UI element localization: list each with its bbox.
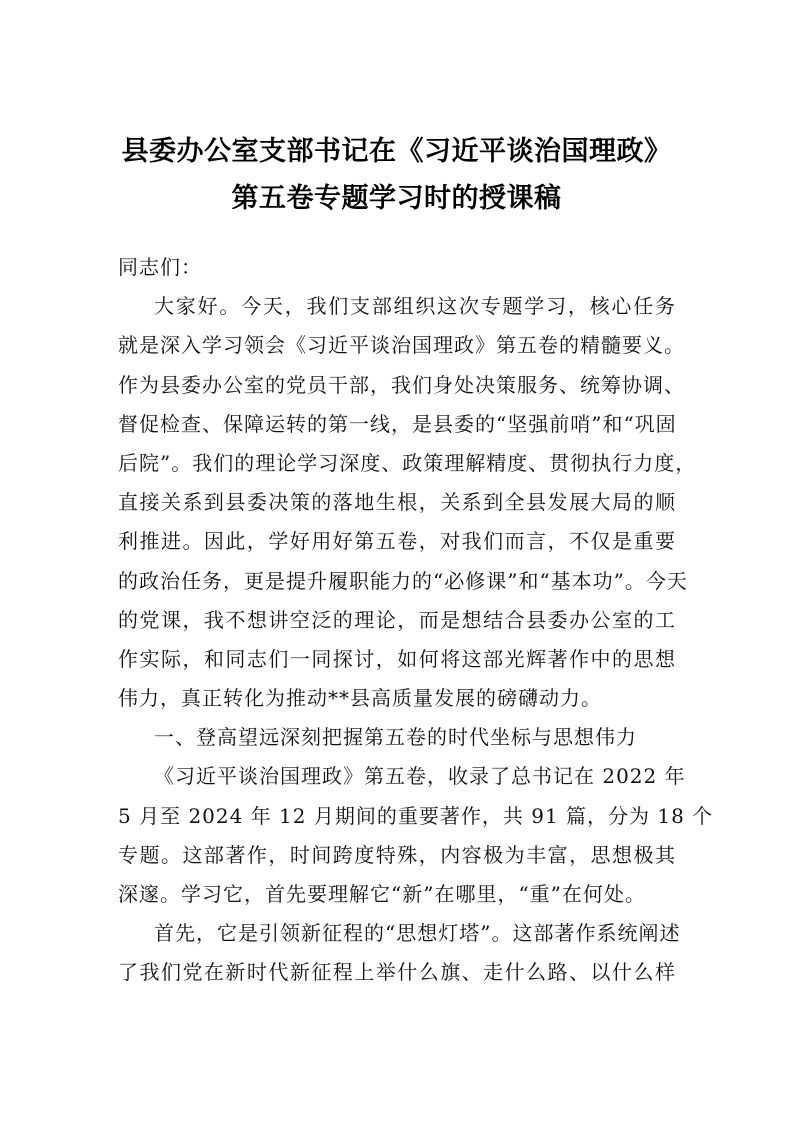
document-title-line-2: 第五卷专题学习时的授课稿 [100, 176, 693, 215]
document-page: 县委办公室支部书记在《习近平谈治国理政》 第五卷专题学习时的授课稿 同志们： 大… [0, 0, 793, 1122]
paragraph-line: 大家好。今天，我们支部组织这次专题学习，核心任务 [118, 287, 676, 326]
salutation: 同志们： [118, 248, 676, 287]
document-body: 同志们： 大家好。今天，我们支部组织这次专题学习，核心任务 就是深入学习领会《习… [118, 248, 676, 993]
paragraph-line: 5 月至 2024 年 12 月期间的重要著作，共 91 篇，分为 18 个 [118, 797, 676, 836]
paragraph-line: 作实际，和同志们一同探讨，如何将这部光辉著作中的思想 [118, 640, 676, 679]
paragraph-line: 的政治任务，更是提升履职能力的“必修课”和“基本功”。今天 [118, 562, 676, 601]
paragraph-line: 作为县委办公室的党员干部，我们身处决策服务、统筹协调、 [118, 366, 676, 405]
paragraph-line: 后院”。我们的理论学习深度、政策理解精度、贯彻执行力度， [118, 444, 676, 483]
paragraph-line: 利推进。因此，学好用好第五卷，对我们而言，不仅是重要 [118, 522, 676, 561]
paragraph-line: 深邃。学习它，首先要理解它“新”在哪里，“重”在何处。 [118, 875, 676, 914]
paragraph-line: 首先，它是引领新征程的“思想灯塔”。这部著作系统阐述 [118, 914, 676, 953]
paragraph-line: 的党课，我不想讲空泛的理论，而是想结合县委办公室的工 [118, 601, 676, 640]
paragraph-line: 就是深入学习领会《习近平谈治国理政》第五卷的精髓要义。 [118, 326, 676, 365]
paragraph-line: 了我们党在新时代新征程上举什么旗、走什么路、以什么样 [118, 953, 676, 992]
document-title-line-1: 县委办公室支部书记在《习近平谈治国理政》 [100, 129, 693, 168]
paragraph-line: 伟力，真正转化为推动**县高质量发展的磅礴动力。 [118, 679, 676, 718]
section-heading: 一、登高望远深刻把握第五卷的时代坐标与思想伟力 [118, 718, 676, 757]
paragraph-line: 督促检查、保障运转的第一线，是县委的“坚强前哨”和“巩固 [118, 405, 676, 444]
paragraph-line: 直接关系到县委决策的落地生根，关系到全县发展大局的顺 [118, 483, 676, 522]
paragraph-line: 专题。这部著作，时间跨度特殊，内容极为丰富，思想极其 [118, 836, 676, 875]
paragraph-line: 《习近平谈治国理政》第五卷，收录了总书记在 2022 年 [118, 757, 676, 796]
